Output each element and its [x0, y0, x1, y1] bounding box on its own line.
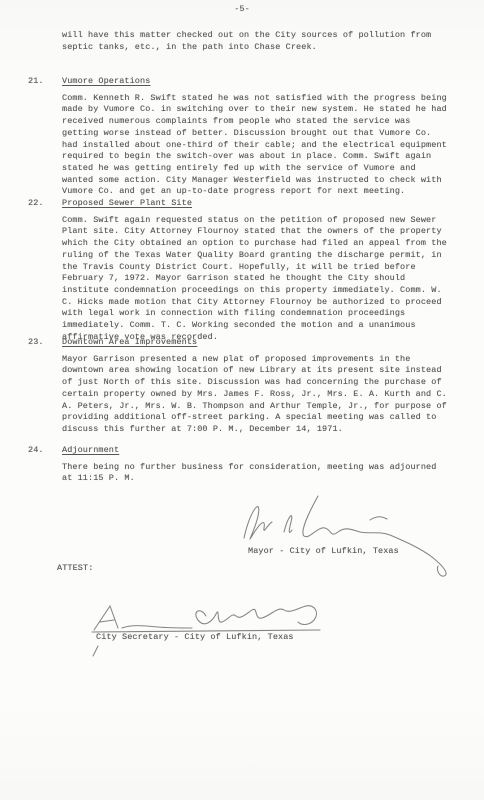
secretary-signature-block: City Secretary - City of Lufkin, Texas	[88, 592, 358, 662]
section-body: Comm. Swift again requested status on th…	[62, 215, 448, 344]
scanned-minutes-page: -5- will have this matter checked out on…	[0, 0, 484, 800]
section-number: 22.	[28, 198, 62, 210]
section-title: Vumore Operations	[62, 76, 150, 88]
section-adjournment: 24. Adjournment There being no further b…	[28, 445, 448, 485]
page-number: -5-	[0, 4, 484, 16]
section-body: There being no further business for cons…	[62, 462, 448, 485]
section-heading: 23. Downtown Area Improvements	[28, 337, 448, 349]
section-title: Adjournment	[62, 445, 119, 457]
section-body: Comm. Kenneth R. Swift stated he was not…	[62, 93, 448, 198]
secretary-signature	[88, 592, 358, 662]
section-heading: 22. Proposed Sewer Plant Site	[28, 198, 448, 210]
section-body: Mayor Garrison presented a new plat of p…	[62, 354, 448, 436]
mayor-signature-caption: Mayor - City of Lufkin, Texas	[248, 546, 399, 558]
section-number: 23.	[28, 337, 62, 349]
section-number: 21.	[28, 76, 62, 88]
section-vumore-operations: 21. Vumore Operations Comm. Kenneth R. S…	[28, 76, 448, 198]
section-title: Proposed Sewer Plant Site	[62, 198, 192, 210]
scan-stray-mark	[92, 645, 100, 657]
section-title: Downtown Area Improvements	[62, 337, 197, 349]
section-heading: 21. Vumore Operations	[28, 76, 448, 88]
section-proposed-sewer-plant-site: 22. Proposed Sewer Plant Site Comm. Swif…	[28, 198, 448, 343]
mayor-signature-block: Mayor - City of Lufkin, Texas	[222, 486, 472, 586]
attest-label: ATTEST:	[57, 563, 93, 575]
continuation-paragraph: will have this matter checked out on the…	[62, 30, 448, 53]
mayor-signature	[222, 486, 472, 586]
section-downtown-area-improvements: 23. Downtown Area Improvements Mayor Gar…	[28, 337, 448, 436]
section-number: 24.	[28, 445, 62, 457]
section-heading: 24. Adjournment	[28, 445, 448, 457]
secretary-signature-caption: City Secretary - City of Lufkin, Texas	[96, 632, 294, 644]
